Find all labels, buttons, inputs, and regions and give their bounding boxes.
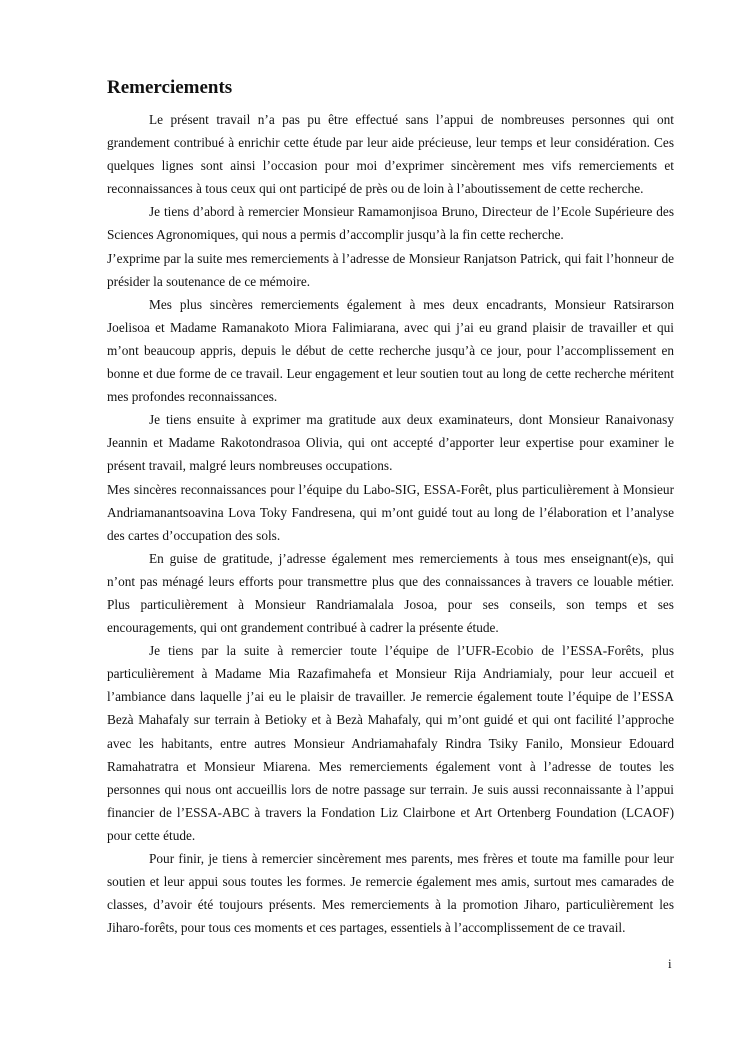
paragraph-examiners: Je tiens ensuite à exprimer ma gratitude… <box>107 408 674 477</box>
section-heading: Remerciements <box>107 76 674 100</box>
paragraph-labo-sig: Mes sincères reconnaissances pour l’équi… <box>107 478 674 547</box>
paragraph-supervisors: Mes plus sincères remerciements égalemen… <box>107 293 674 408</box>
document-page: Remerciements Le présent travail n’a pas… <box>107 76 674 939</box>
paragraph-teachers: En guise de gratitude, j’adresse égaleme… <box>107 547 674 639</box>
paragraph-ufr-ecobio: Je tiens par la suite à remercier toute … <box>107 639 674 847</box>
page-number: i <box>668 956 672 972</box>
paragraph-family: Pour finir, je tiens à remercier sincère… <box>107 847 674 939</box>
paragraph-president: J’exprime par la suite mes remerciements… <box>107 247 674 293</box>
paragraph-director: Je tiens d’abord à remercier Monsieur Ra… <box>107 200 674 246</box>
paragraph-intro: Le présent travail n’a pas pu être effec… <box>107 108 674 200</box>
